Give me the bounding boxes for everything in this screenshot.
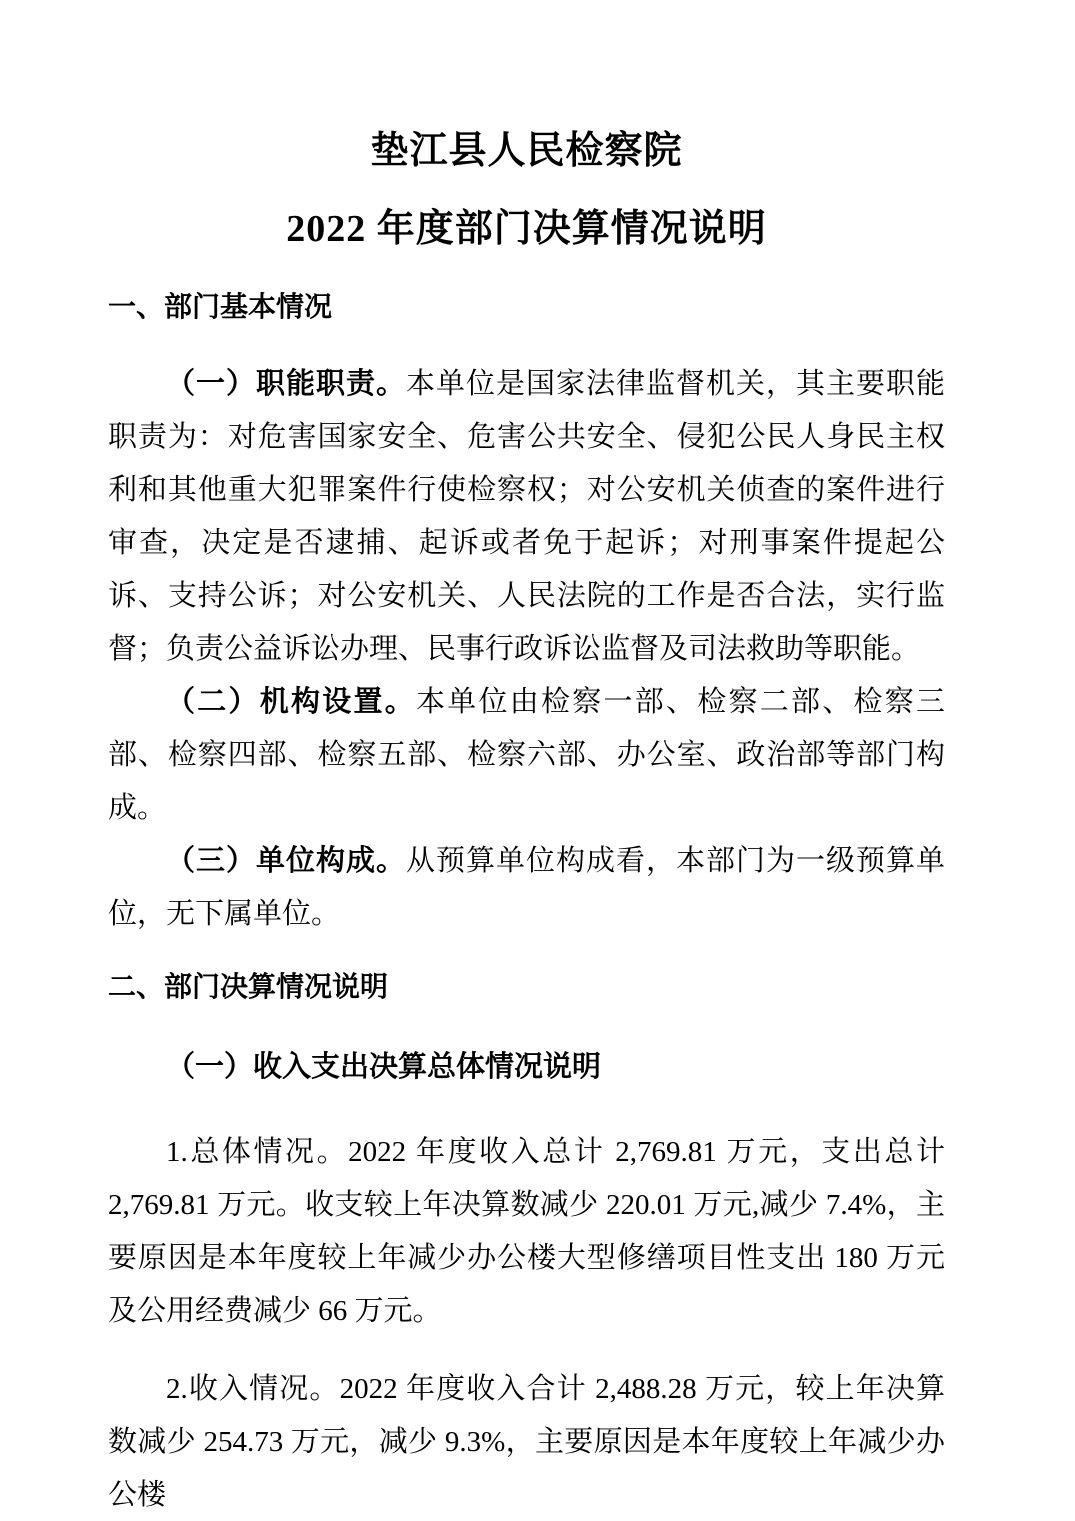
paragraph-duties: （一）职能职责。本单位是国家法律监督机关，其主要职能职责为：对危害国家安全、危害…: [108, 358, 945, 676]
paragraph-income-situation: 2.收入情况。2022 年度收入合计 2,488.28 万元，较上年决算数减少 …: [108, 1363, 945, 1521]
paragraph-units-lead: （三）单位构成。: [166, 845, 406, 877]
document-title-line1: 垫江县人民检察院: [108, 112, 945, 190]
paragraph-structure: （二）机构设置。本单位由检察一部、检察二部、检察三部、检察四部、检察五部、检察六…: [108, 676, 945, 835]
paragraph-duties-lead: （一）职能职责。: [166, 368, 406, 400]
section-heading-final-accounts: 二、部门决算情况说明: [108, 967, 945, 1007]
paragraph-units: （三）单位构成。从预算单位构成看，本部门为一级预算单位，无下属单位。: [108, 835, 945, 941]
document-title-line2: 2022 年度部门决算情况说明: [108, 190, 945, 268]
paragraph-structure-lead: （二）机构设置。: [166, 686, 416, 718]
section-heading-basic-info: 一、部门基本情况: [108, 287, 945, 327]
paragraph-duties-text: 本单位是国家法律监督机关，其主要职能职责为：对危害国家安全、危害公共安全、侵犯公…: [108, 368, 945, 665]
subsection-heading-income-expenditure: （一）收入支出决算总体情况说明: [108, 1041, 945, 1094]
document-page: 垫江县人民检察院 2022 年度部门决算情况说明 一、部门基本情况 （一）职能职…: [0, 0, 1075, 1521]
paragraph-overall-situation: 1.总体情况。2022 年度收入总计 2,769.81 万元，支出总计 2,76…: [108, 1126, 945, 1338]
